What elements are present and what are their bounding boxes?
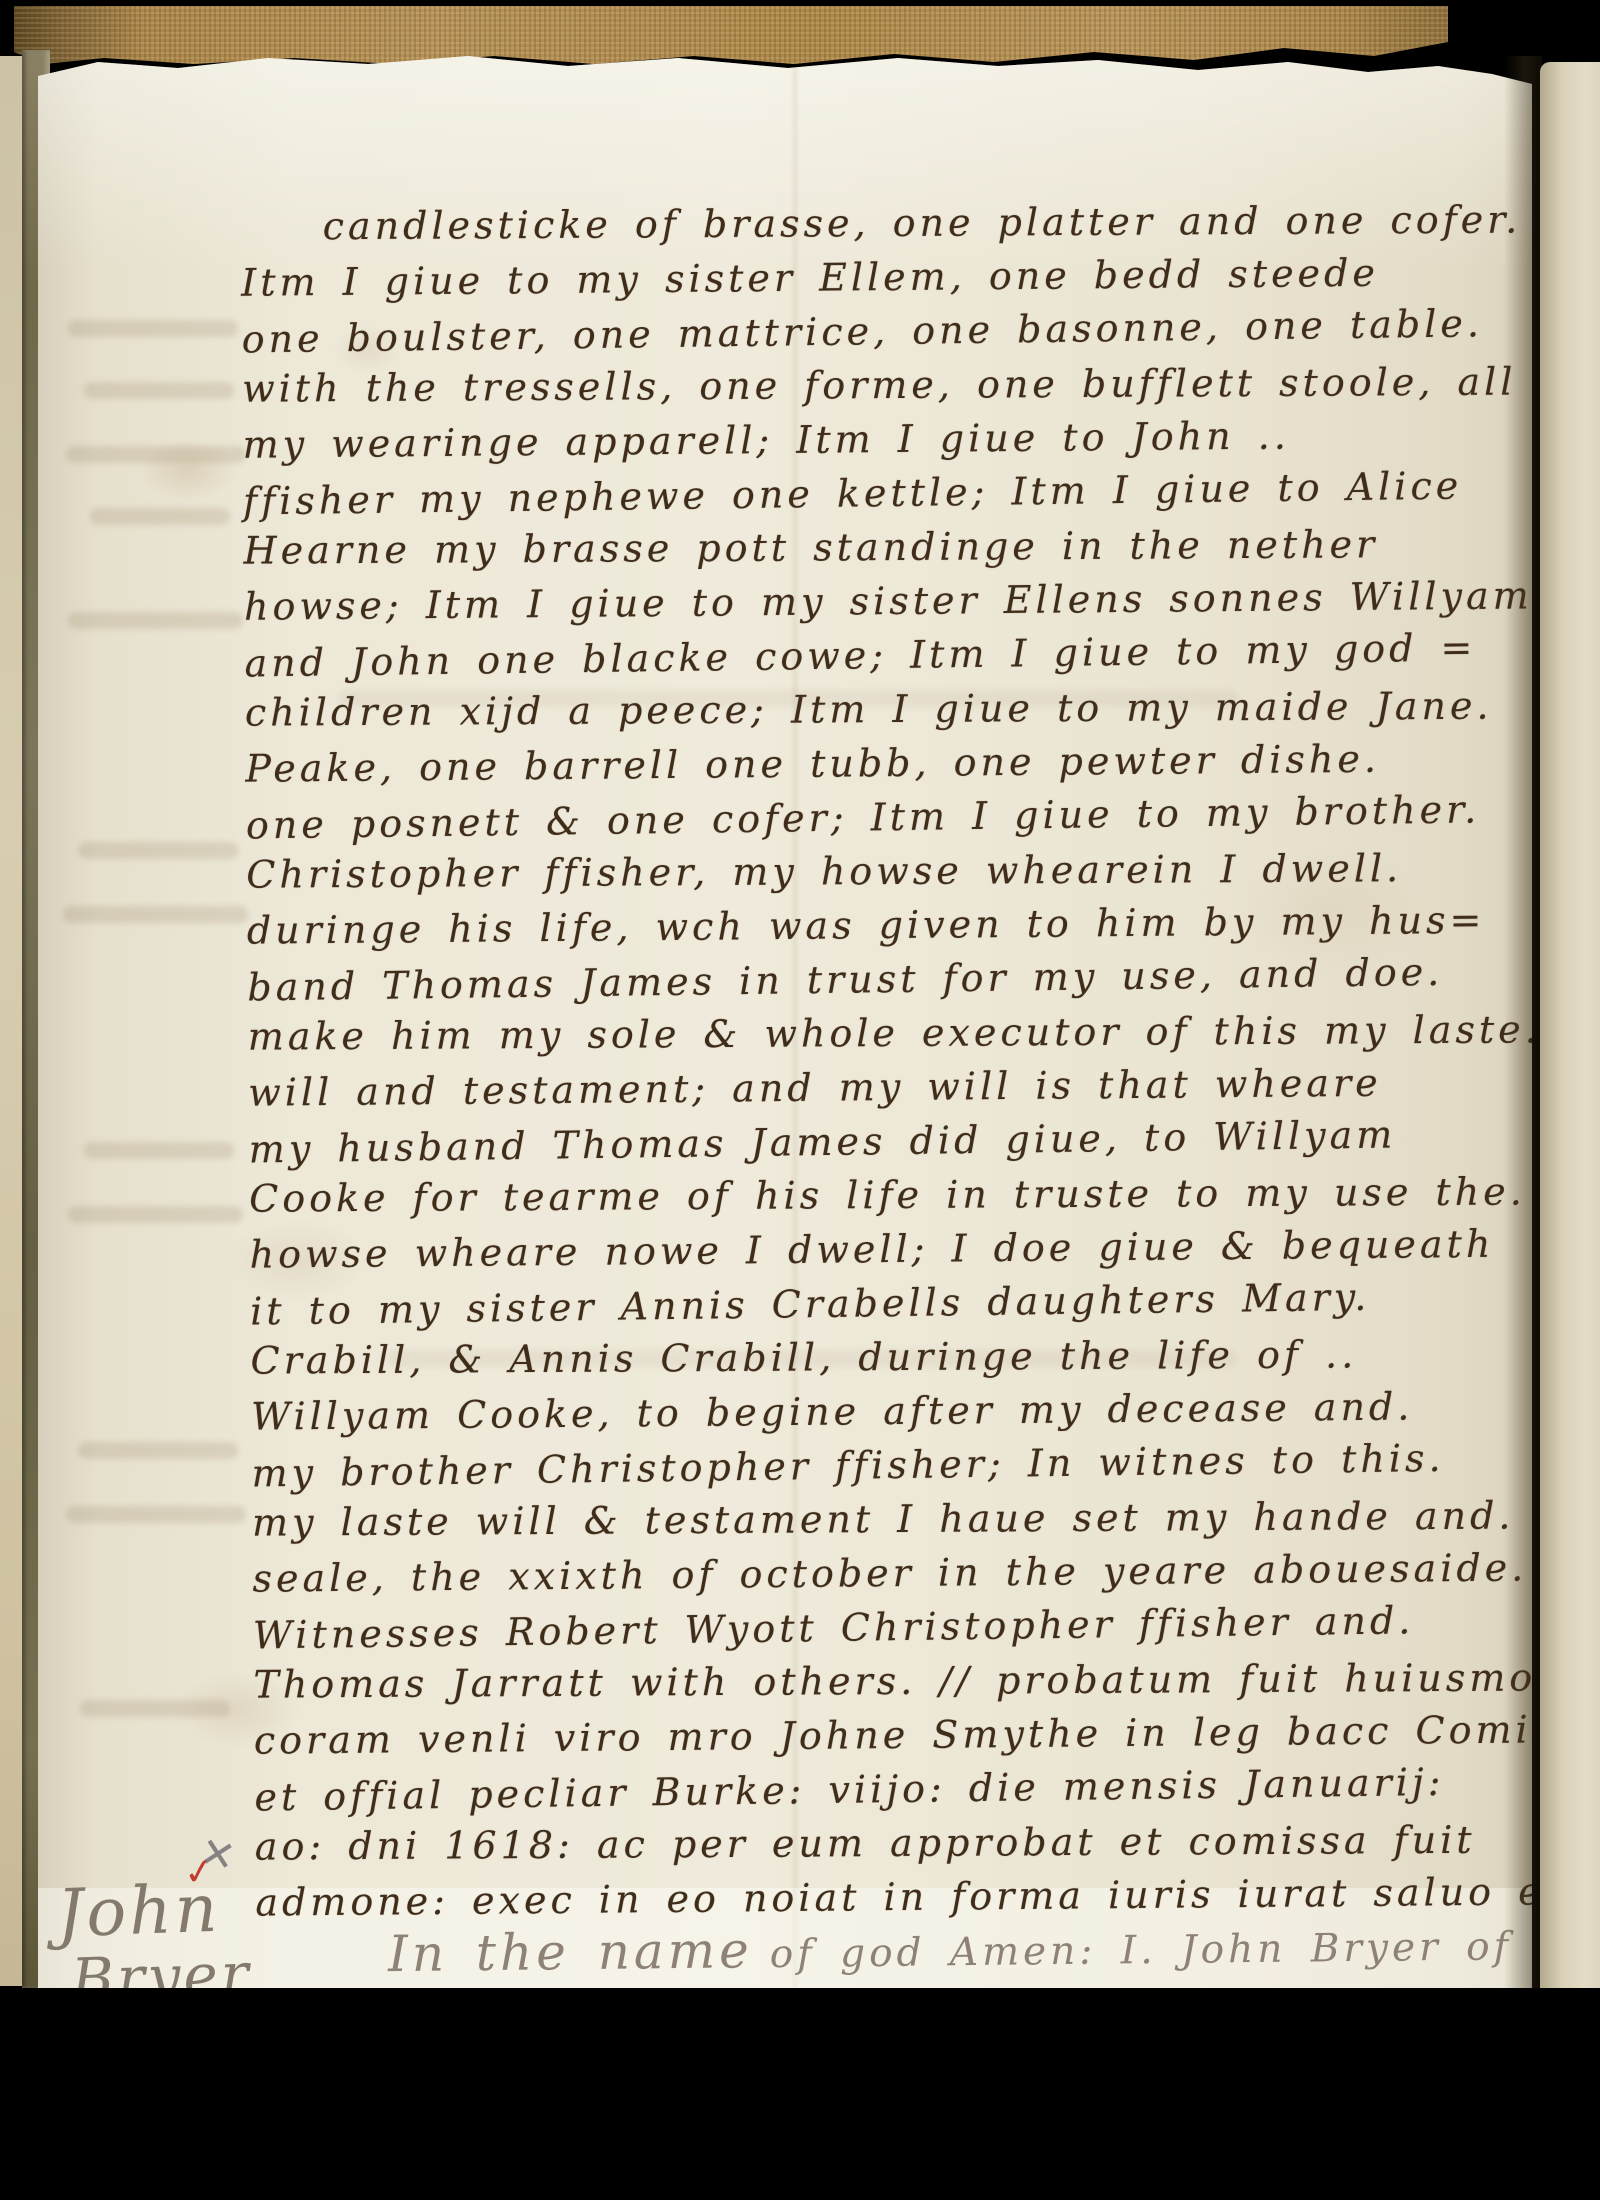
margin-note-testator-name: John Bryer (56, 1873, 253, 1988)
manuscript-line: children xijd a peece; Itm I giue to my … (245, 678, 1532, 739)
margin-note-line2-partial: Bryer (70, 1943, 252, 1988)
opening-phrase-rest: of god Amen: I. John Bryer of Welshoe. (770, 1922, 1532, 1977)
page-gutter-shadow (1504, 56, 1542, 1988)
manuscript-page: candlesticke of brasse, one platter and … (38, 50, 1532, 1988)
manuscript-photo: candlesticke of brasse, one platter and … (0, 0, 1600, 2200)
underlying-page-edge (0, 56, 24, 1986)
will-text-block: candlesticke of brasse, one platter and … (240, 190, 1532, 1929)
manuscript-line: with the tressells, one forme, one buffl… (242, 354, 1532, 415)
probate-latin-line: ao: dni 1618: ac per eum approbat et com… (255, 1812, 1532, 1873)
manuscript-line: Thomas Jarratt with others. // probatum … (253, 1650, 1532, 1711)
manuscript-line: candlesticke of brasse, one platter and … (241, 192, 1532, 253)
manuscript-line: Christopher ffisher, my howse whearein I… (246, 840, 1532, 901)
manuscript-line: make him my sole & whole executor of thi… (248, 1002, 1532, 1063)
opening-phrase-large: In the name (388, 1921, 753, 1983)
manuscript-line: Crabill, & Annis Crabill, duringe the li… (250, 1326, 1532, 1387)
manuscript-line: Hearne my brasse pott standinge in the n… (243, 516, 1532, 577)
manuscript-line: Cooke for tearme of his life in truste t… (249, 1164, 1532, 1225)
book-binding-cloth (14, 6, 1448, 64)
adjacent-page-edge (1540, 62, 1600, 1988)
margin-note-line1: John (56, 1873, 250, 1950)
manuscript-line: my laste will & testament I haue set my … (252, 1488, 1532, 1549)
